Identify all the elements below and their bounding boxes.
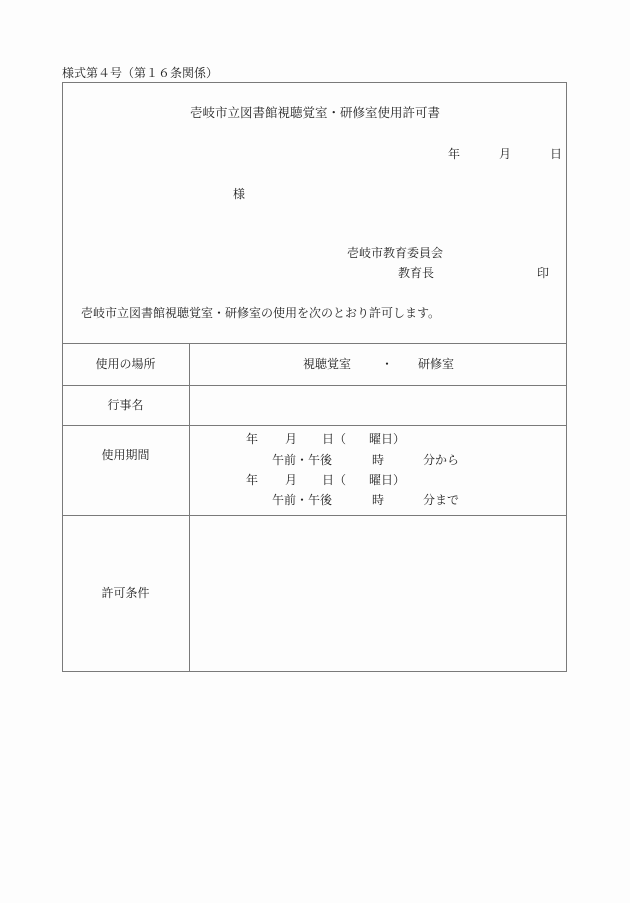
option-separator: ・ — [381, 358, 393, 370]
start-minute: 分から — [423, 454, 459, 466]
option-av-room[interactable]: 視聴覚室 — [303, 358, 351, 370]
end-month: 月 — [285, 474, 297, 486]
permit-statement: 壱岐市立図書館視聴覚室・研修室の使用を次のとおり許可します。 — [81, 307, 440, 319]
conditions-field[interactable] — [189, 516, 567, 671]
start-hour: 時 — [372, 454, 384, 466]
row-label: 行事名 — [62, 399, 189, 411]
end-year: 年 — [246, 474, 258, 486]
date-year-label: 年 — [448, 148, 460, 160]
start-day: 日（ — [322, 433, 346, 445]
start-month: 月 — [285, 433, 297, 445]
form-number: 様式第４号（第１６条関係） — [62, 67, 218, 79]
addressee-honorific: 様 — [233, 188, 245, 200]
option-training-room[interactable]: 研修室 — [418, 358, 454, 370]
row-divider — [62, 425, 567, 426]
start-weekday: 曜日） — [369, 433, 405, 445]
end-day: 日（ — [322, 474, 346, 486]
issuer-organization: 壱岐市教育委員会 — [347, 247, 443, 259]
date-month-label: 月 — [499, 148, 511, 160]
row-label: 使用期間 — [62, 449, 189, 461]
seal-mark: 印 — [537, 267, 549, 279]
start-ampm: 午前・午後 — [272, 454, 332, 466]
document-title: 壱岐市立図書館視聴覚室・研修室使用許可書 — [0, 107, 630, 120]
table-top-divider — [62, 343, 567, 344]
end-ampm: 午前・午後 — [272, 494, 332, 506]
end-minute: 分まで — [423, 494, 459, 506]
event-name-field[interactable] — [189, 386, 567, 424]
date-day-label: 日 — [550, 148, 562, 160]
start-year: 年 — [246, 433, 258, 445]
end-weekday: 曜日） — [369, 474, 405, 486]
row-label: 使用の場所 — [62, 358, 189, 370]
end-hour: 時 — [372, 494, 384, 506]
row-label: 許可条件 — [62, 587, 189, 599]
issuer-position: 教育長 — [398, 267, 434, 279]
